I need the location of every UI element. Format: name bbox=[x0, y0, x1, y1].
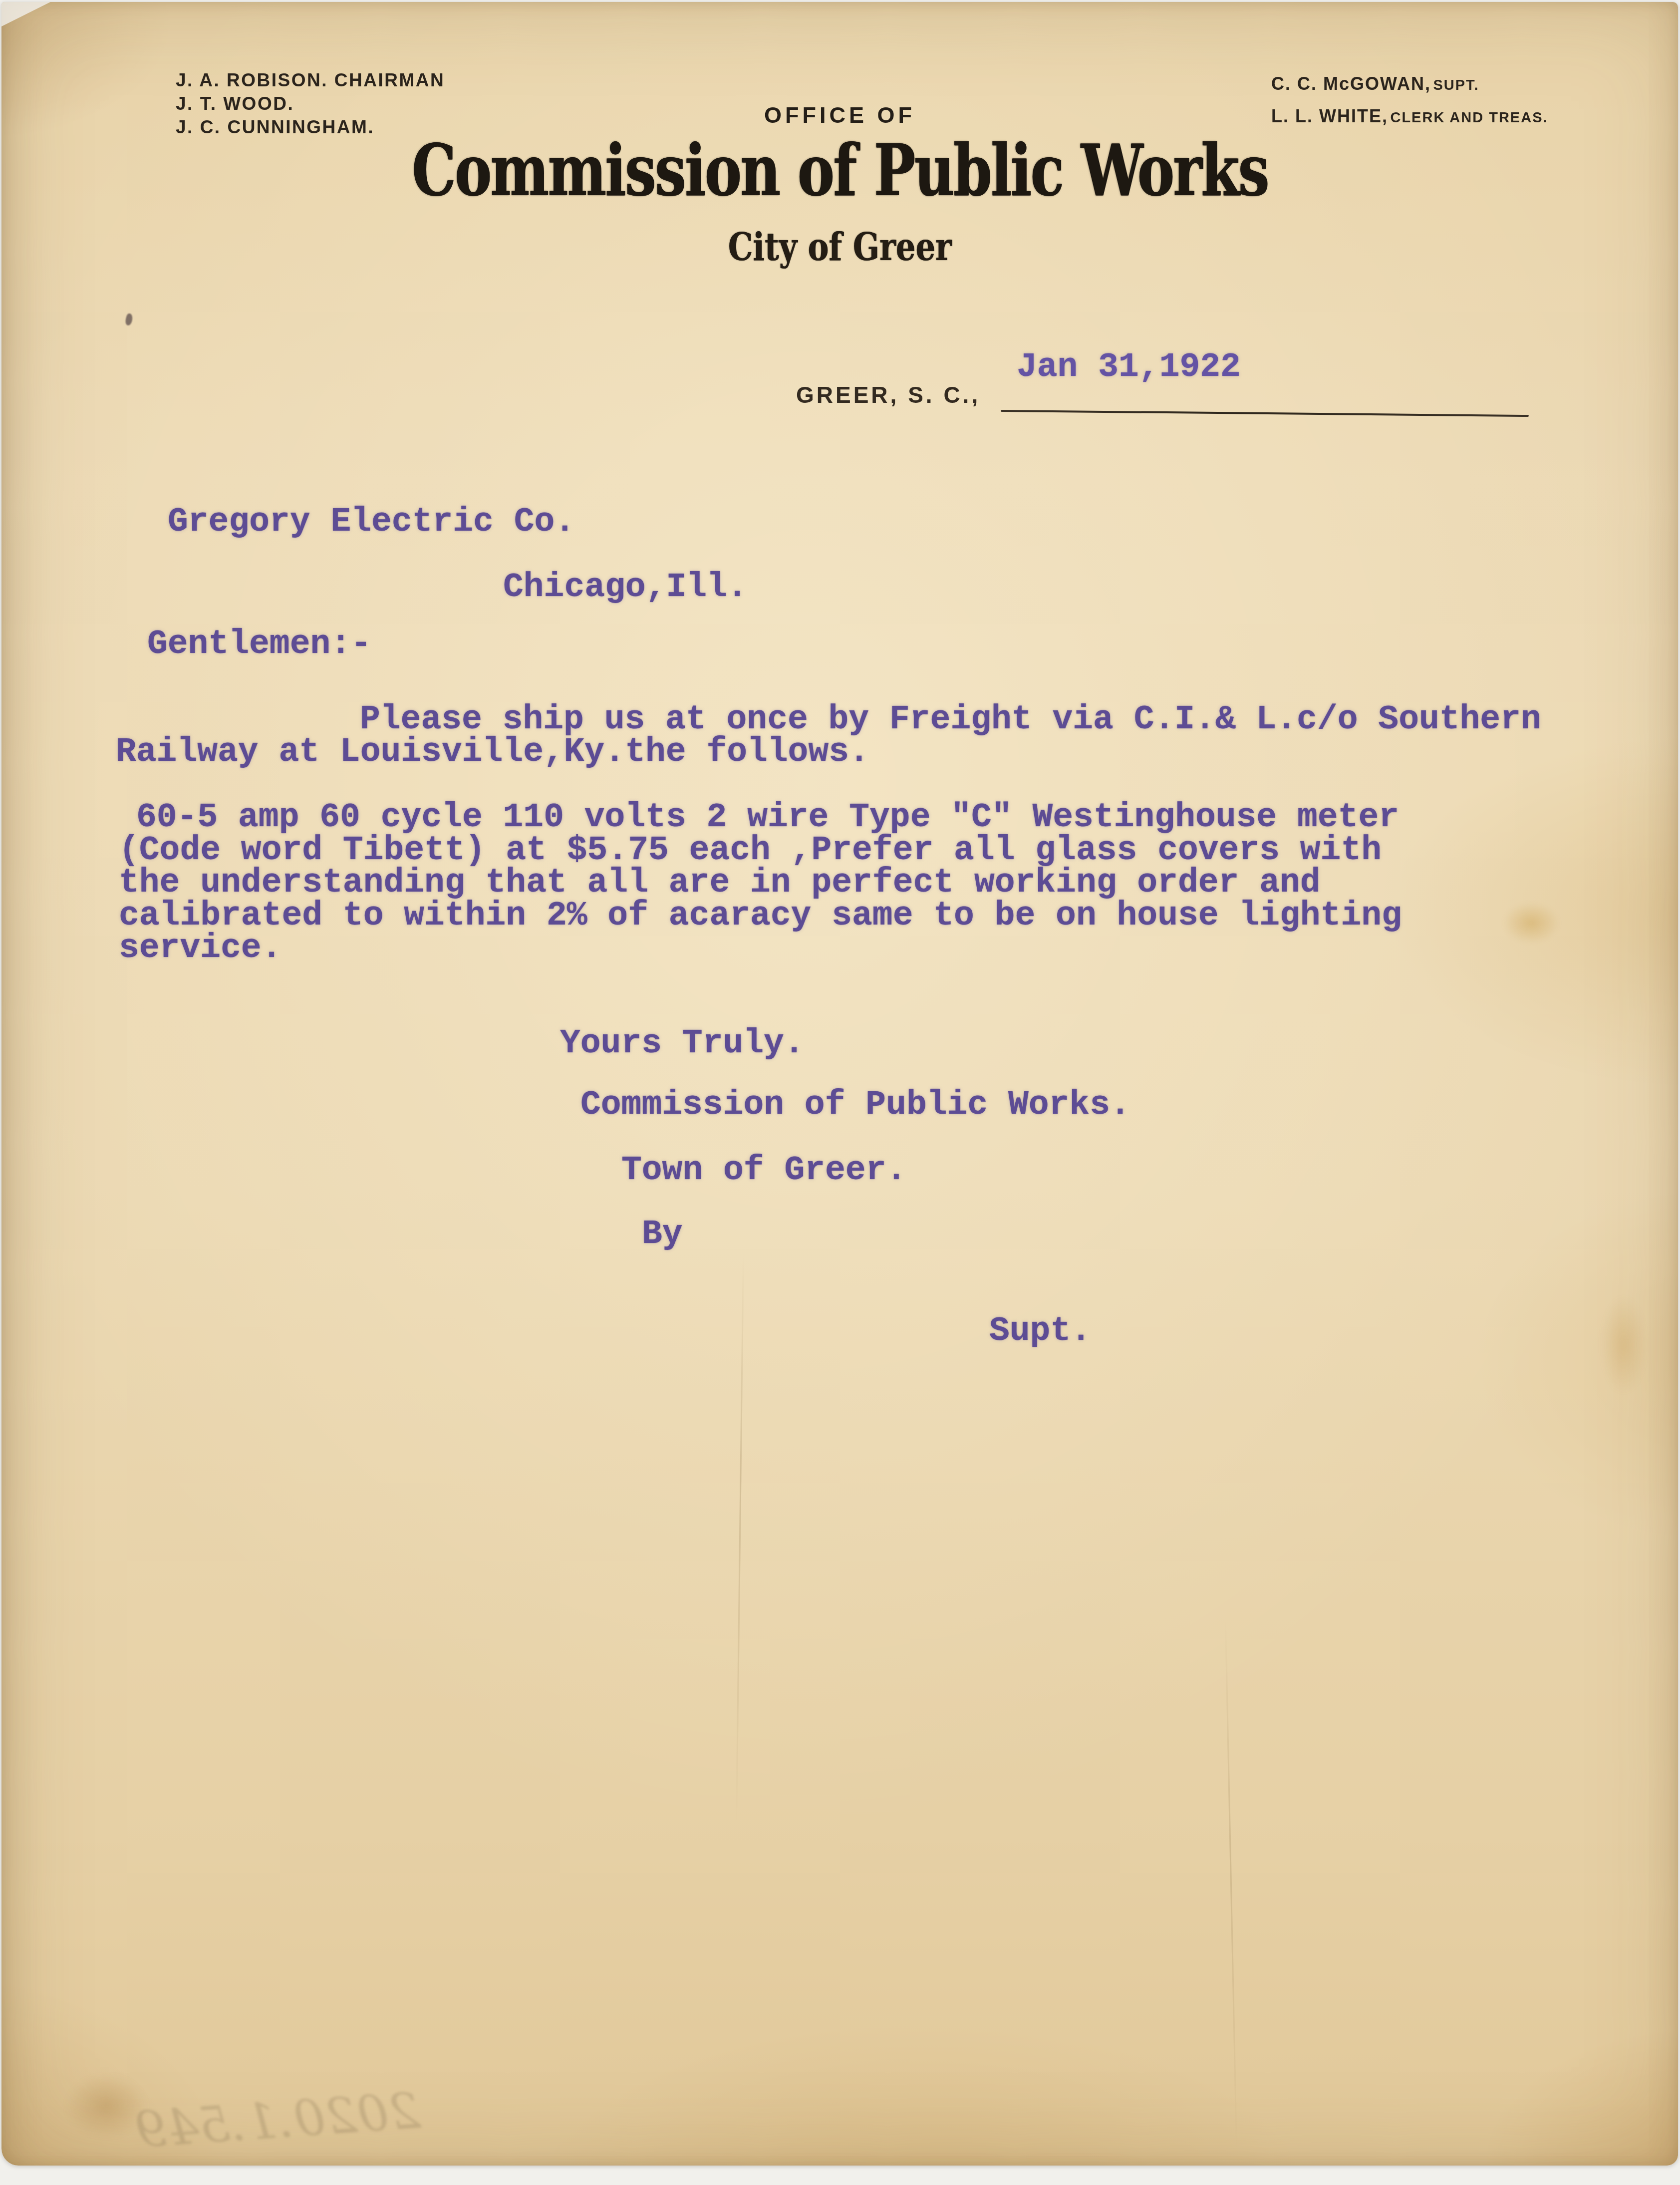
paper-crease bbox=[1225, 1614, 1238, 2154]
date-underline bbox=[1001, 410, 1529, 417]
body-line: calibrated to within 2% of acaracy same … bbox=[119, 899, 1402, 933]
closing-signer-title: Supt. bbox=[989, 1314, 1091, 1348]
paper-crease bbox=[736, 1250, 744, 1824]
body-line: 60-5 amp 60 cycle 110 volts 2 wire Type … bbox=[136, 801, 1399, 835]
officer-line: C. C. McGOWAN, SUPT. bbox=[1271, 73, 1548, 106]
scanned-letter-page: J. A. ROBISON. CHAIRMAN J. T. WOOD. J. C… bbox=[1, 2, 1678, 2166]
paper-stain bbox=[1494, 896, 1569, 950]
body-line: Railway at Louisville,Ky.the follows. bbox=[116, 735, 869, 769]
closing-organization: Commission of Public Works. bbox=[580, 1088, 1130, 1122]
typed-date: Jan 31,1922 bbox=[1017, 350, 1241, 384]
body-line: the understanding that all are in perfec… bbox=[119, 866, 1321, 900]
closing-valediction: Yours Truly. bbox=[560, 1027, 805, 1061]
organization-title: Commission of Public Works bbox=[186, 125, 1493, 217]
officer-title: SUPT. bbox=[1433, 77, 1479, 93]
body-line: service. bbox=[119, 932, 281, 965]
paper-corner-nick bbox=[1, 2, 58, 28]
officer-name: C. C. McGOWAN, bbox=[1271, 73, 1431, 94]
recipient-name: Gregory Electric Co. bbox=[168, 505, 575, 539]
paper-stain bbox=[1594, 1280, 1654, 1410]
ink-speck bbox=[125, 313, 134, 326]
closing-town: Town of Greer. bbox=[621, 1154, 906, 1188]
commissioner-name: J. A. ROBISON. CHAIRMAN bbox=[176, 68, 445, 92]
body-line: (Code word Tibett) at $5.75 each ,Prefer… bbox=[119, 834, 1382, 868]
salutation: Gentlemen:- bbox=[147, 627, 371, 661]
body-line: Please ship us at once by Freight via C.… bbox=[360, 703, 1541, 737]
recipient-city: Chicago,Ill. bbox=[503, 571, 748, 605]
closing-by-label: By bbox=[642, 1218, 683, 1251]
place-label: GREER, S. C., bbox=[796, 381, 980, 408]
organization-city: City of Greer bbox=[152, 223, 1527, 272]
